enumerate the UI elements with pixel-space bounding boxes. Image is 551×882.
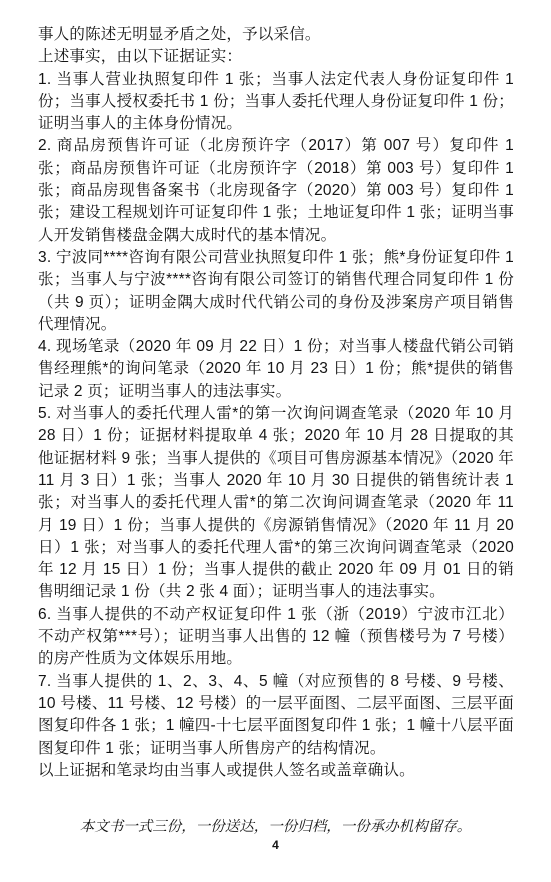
closing-statement: 以上证据和笔录均由当事人或提供人签名或盖章确认。 <box>38 760 514 782</box>
continued-paragraph: 事人的陈述无明显矛盾之处，予以采信。 <box>38 24 514 46</box>
page-number: 4 <box>0 838 551 852</box>
page-footer: 本文书一式三份，一份送达，一份归档，一份承办机构留存。 4 <box>0 818 551 852</box>
document-body: 事人的陈述无明显矛盾之处，予以采信。 上述事实，由以下证据证实： 1. 当事人营… <box>38 24 514 782</box>
evidence-item-1: 1. 当事人营业执照复印件 1 张；当事人法定代表人身份证复印件 1 份；当事人… <box>38 69 514 136</box>
evidence-intro-line: 上述事实，由以下证据证实： <box>38 46 514 68</box>
document-page: 事人的陈述无明显矛盾之处，予以采信。 上述事实，由以下证据证实： 1. 当事人营… <box>0 0 551 882</box>
evidence-item-7: 7. 当事人提供的 1、2、3、4、5 幢（对应预售的 8 号楼、9 号楼、10… <box>38 671 514 760</box>
distribution-note: 本文书一式三份，一份送达，一份归档，一份承办机构留存。 <box>0 818 551 837</box>
evidence-item-2: 2. 商品房预售许可证（北房预许字（2017）第 007 号）复印件 1 张；商… <box>38 135 514 246</box>
evidence-item-3: 3. 宁波同****咨询有限公司营业执照复印件 1 张；熊*身份证复印件 1 张… <box>38 247 514 336</box>
evidence-item-6: 6. 当事人提供的不动产权证复印件 1 张（浙（2019）宁波市江北）不动产权第… <box>38 604 514 671</box>
evidence-item-4: 4. 现场笔录（2020 年 09 月 22 日）1 份；对当事人楼盘代销公司销… <box>38 336 514 403</box>
evidence-item-5: 5. 对当事人的委托代理人雷*的第一次询问调查笔录（2020 年 10 月 28… <box>38 403 514 604</box>
